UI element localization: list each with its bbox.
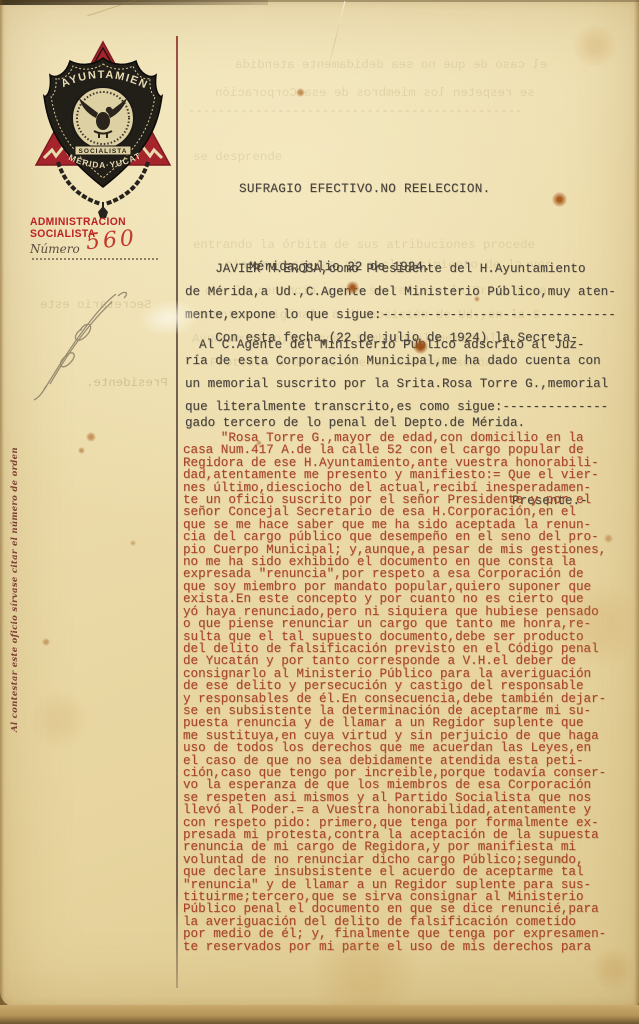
stain-spot bbox=[86, 432, 96, 442]
text-line: puesta renuncia y de llamar a un Regidor… bbox=[183, 717, 628, 729]
text-line: señor Concejal Secretario de esa H.Corpo… bbox=[183, 506, 628, 518]
stain-spot bbox=[560, 580, 639, 670]
showthrough-text: ----------------------------------------… bbox=[188, 104, 523, 118]
numero-dotted-line bbox=[32, 258, 158, 260]
stain-spot bbox=[78, 447, 85, 454]
stain-spot bbox=[296, 88, 305, 97]
text-line: que declare insubsistente el acuerdo de … bbox=[183, 866, 628, 878]
text-line: de ese delito y persecución y castigo de… bbox=[183, 680, 628, 692]
text-line: Con esta fecha,(22 de julio de 1924) la … bbox=[185, 327, 630, 350]
scan-bottom-edge bbox=[0, 1005, 639, 1024]
stain-spot bbox=[130, 540, 136, 546]
motto-line: SUFRAGIO EFECTIVO.NO REELECCION. bbox=[239, 176, 625, 202]
stain-spot bbox=[474, 296, 480, 302]
text-line: de Mérida,a Ud.,C.Agente del Ministerio … bbox=[185, 281, 630, 304]
stain-spot bbox=[346, 281, 359, 294]
stain-spot bbox=[413, 339, 428, 354]
document-page: el caso de que no sea debidamente atendi… bbox=[0, 0, 639, 1007]
text-line: mente,expone lo que sigue:--------------… bbox=[185, 304, 630, 327]
text-line: por medio de él; y, finalmente que tenga… bbox=[183, 928, 628, 940]
stain-spot bbox=[572, 26, 618, 66]
text-line: renuncia de mi cargo de Regidora,y por m… bbox=[183, 841, 628, 853]
text-line: ría de esta Corporación Municipal,me ha … bbox=[185, 350, 630, 373]
text-line: exista.En este concepto y por cuanto no … bbox=[183, 593, 628, 605]
text-line: Público penal el documento en que se dic… bbox=[183, 903, 628, 915]
text-line: JAVIER M.EROSA,como Presidente del H.Ayu… bbox=[185, 258, 630, 281]
document-number-row: Número 560 bbox=[30, 236, 170, 262]
showthrough-text: se respeten los miembros de esa Corporac… bbox=[215, 86, 535, 100]
scan-edge-left bbox=[0, 0, 4, 1007]
text-line: casa Num.417 A.de la calle 52 con el car… bbox=[183, 444, 628, 456]
municipal-seal-emblem: AYUNTAMIENTO SOCIALISTA MERIDA·YUCATAN bbox=[28, 34, 178, 220]
stain-spot bbox=[556, 856, 564, 864]
text-line: expresada "renuncia",por respeto a esa C… bbox=[183, 568, 628, 580]
text-line: vo la esperanza de que los miembros de e… bbox=[183, 779, 628, 791]
memorial-transcription-text: "Rosa Torre G.,mayor de edad,con domicil… bbox=[183, 432, 628, 953]
stain-spot bbox=[604, 534, 613, 543]
scanned-document-photo: { "colors": { "paper": "#ecdcab", "ink_b… bbox=[0, 0, 639, 1024]
text-line: dad,atentamente me presento y manifiesto… bbox=[183, 469, 628, 481]
stain-spot bbox=[552, 192, 567, 207]
stain-spot bbox=[300, 940, 430, 1010]
scan-edge-right bbox=[634, 0, 639, 1007]
text-line: de Yucatán y por tanto corresponde a V.H… bbox=[183, 655, 628, 667]
showthrough-text: el caso de que no sea debidamente atendi… bbox=[235, 58, 547, 72]
handwritten-pencil-annotation bbox=[20, 286, 160, 410]
text-line: llevó al Poder.= a Vuestra honorabilidad… bbox=[183, 804, 628, 816]
stain-spot bbox=[42, 638, 50, 646]
numero-label: Número bbox=[30, 242, 80, 256]
vertical-margin-note: Al contestar este oficio sírvase citar e… bbox=[10, 556, 28, 732]
text-line: cia del cargo público que desempeño en e… bbox=[183, 531, 628, 543]
scan-edge-top-thin bbox=[0, 0, 639, 2]
text-line: un memorial suscrito por la Srita.Rosa T… bbox=[185, 373, 630, 396]
text-line: uso de todos los derechos que me acuerda… bbox=[183, 742, 628, 754]
stain-spot bbox=[592, 948, 634, 990]
stain-spot bbox=[30, 690, 90, 750]
text-line: que literalmente transcrito,es como sigu… bbox=[185, 396, 630, 419]
stain-spot bbox=[256, 440, 262, 446]
shield-band-text: SOCIALISTA bbox=[79, 148, 128, 155]
numero-handwritten-value: 560 bbox=[85, 226, 138, 255]
letter-intro-text: JAVIER M.EROSA,como Presidente del H.Ayu… bbox=[185, 258, 630, 419]
